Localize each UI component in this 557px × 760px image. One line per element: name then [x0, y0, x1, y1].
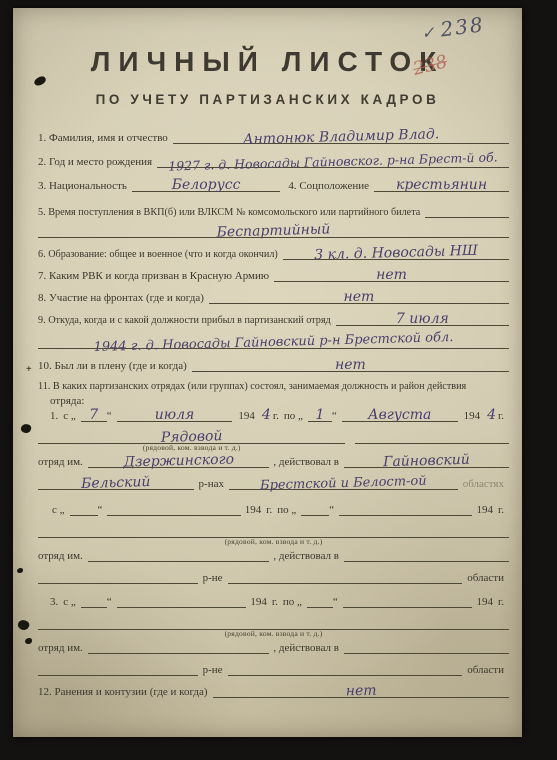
position-hint: (рядовой, ком. взвода и т. д.): [38, 444, 345, 452]
position-hint: (рядовой, ком. взвода и т. д.): [38, 630, 509, 638]
printed-text: “: [332, 411, 342, 422]
ruled-line: [344, 638, 509, 654]
field-label: 5. Время поступления в ВКП(б) или ВЛКСМ …: [38, 208, 425, 218]
ruled-line: Беспартийный: [38, 222, 509, 238]
ruled-line: 1927 г. д. Новосады Гайновског. р-на Бре…: [157, 152, 509, 168]
printed-text: , действовал в: [269, 457, 344, 468]
field-nationality-social: 3. Национальность Белорусс 4. Соцположен…: [38, 176, 509, 192]
printed-text: 194: [241, 505, 267, 516]
ink-blot: [17, 568, 23, 573]
printed-text: г.: [498, 411, 509, 422]
scanned-document: ✓238 ЛИЧНЫЙ ЛИСТОК 238 ПО УЧЕТУ ПАРТИЗАН…: [0, 0, 557, 760]
printed-text: г.: [498, 597, 509, 608]
printed-text: г.: [272, 597, 283, 608]
field-value: Белорусс: [132, 178, 280, 192]
ruled-line: [343, 592, 473, 608]
ruled-line: [425, 202, 509, 218]
form-subtitle: ПО УЧЕТУ ПАРТИЗАНСКИХ КАДРОВ: [13, 92, 522, 107]
printed-text: , действовал в: [269, 643, 344, 654]
entry-number: 3.: [38, 597, 63, 608]
ruled-line: крестьянин: [374, 176, 509, 192]
printed-text: отряд им.: [38, 551, 88, 562]
printed-text: “: [329, 505, 339, 516]
printed-text: 194: [246, 597, 272, 608]
field-value: нет: [192, 358, 509, 372]
printed-text: “: [107, 411, 117, 422]
printed-text: “: [333, 597, 343, 608]
printed-text: г.: [273, 411, 284, 422]
ruled-line: 7 июля: [336, 310, 509, 326]
title-text: ЛИЧНЫЙ ЛИСТОК: [91, 46, 445, 77]
ruled-line: Белорусс: [132, 176, 280, 192]
field-value: крестьянин: [374, 178, 509, 192]
printed-text: с „: [38, 505, 70, 516]
printed-text: , действовал в: [269, 551, 344, 562]
ruled-line: [38, 568, 198, 584]
entry-number: 1.: [38, 411, 63, 422]
field-value: Беспартийный: [38, 217, 509, 244]
ruled-line: нет: [192, 356, 509, 372]
field-label: 12. Ранения и контузии (где и когда): [38, 687, 213, 698]
field-value: 1927 г. д. Новосады Гайновског. р-на Бре…: [157, 151, 509, 173]
printed-text: “: [107, 597, 117, 608]
ruled-line: июля: [117, 406, 233, 422]
checkmark-icon: ✓: [420, 22, 436, 42]
ruled-line: нет: [213, 682, 509, 698]
pencil-archive-number: ✓238: [420, 12, 486, 44]
field-label: 7. Каким РВК и когда призван в Красную А…: [38, 271, 274, 282]
ruled-line: [88, 638, 270, 654]
form-page: ✓238 ЛИЧНЫЙ ЛИСТОК 238 ПО УЧЕТУ ПАРТИЗАН…: [13, 8, 522, 737]
ruled-line: [117, 592, 247, 608]
printed-text: 194: [472, 597, 498, 608]
field-value: Антонюк Владимир Влад.: [173, 125, 509, 148]
field-units-heading: 11. В каких партизанских отрядах (или гр…: [38, 376, 509, 392]
field-label: 9. Откуда, когда и с какой должности при…: [38, 316, 336, 326]
field-education: 6. Образование: общее и военное (что и к…: [38, 244, 509, 260]
printed-text: г.: [498, 505, 509, 516]
field-label: 2. Год и место рождения: [38, 157, 157, 168]
ruled-line: [81, 592, 107, 608]
printed-text: области: [462, 573, 509, 584]
printed-text: области: [462, 665, 509, 676]
field-value: нет: [274, 268, 509, 282]
ruled-line: нет: [209, 288, 509, 304]
ruled-line: Рядовой (рядовой, ком. взвода и т. д.): [38, 428, 345, 444]
printed-text: р-нах: [194, 479, 229, 490]
printed-text: р-не: [198, 665, 228, 676]
printed-text: областях: [458, 479, 509, 490]
ink-blot: [25, 638, 32, 644]
service-entry-3-dates: 3. с „ “ 194 г. по „ “ 194 г.: [38, 592, 509, 608]
field-rvk: 7. Каким РВК и когда призван в Красную А…: [38, 266, 509, 282]
service-entry-2-dates: с „ “ 194 г. по „ “ 194 г.: [38, 500, 509, 516]
printed-text: р-не: [198, 573, 228, 584]
printed-text: по „: [284, 411, 308, 422]
printed-text: 194: [472, 505, 498, 516]
ruled-line: Гайновский: [344, 452, 509, 468]
field-label: 4. Соцположение: [280, 181, 374, 192]
printed-text: “: [98, 505, 108, 516]
ruled-line: [339, 500, 472, 516]
service-entry-2-position: (рядовой, ком. взвода и т. д.): [38, 522, 509, 538]
field-label: 3. Национальность: [38, 181, 132, 192]
ruled-line: Августа: [342, 406, 458, 422]
printed-text: г.: [266, 505, 277, 516]
field-wounds: 12. Ранения и контузии (где и когда) нет: [38, 682, 509, 698]
region-names: Брестской и Белост-ой: [229, 474, 458, 493]
field-arrival: 9. Откуда, когда и с какой должности при…: [38, 310, 509, 326]
ruled-line: Бельский: [38, 474, 194, 490]
service-entry-2-unit: отряд им. , действовал в: [38, 546, 509, 562]
district-name: Бельский: [38, 474, 194, 492]
printed-text: отряд им.: [38, 457, 88, 468]
year-from-digit: 4: [262, 408, 271, 422]
unit-name: Дзержинского: [88, 451, 270, 470]
service-entry-3-position: (рядовой, ком. взвода и т. д.): [38, 614, 509, 630]
ink-blot: [20, 423, 32, 434]
ruled-line: Брестской и Белост-ой: [229, 474, 458, 490]
month-to: Августа: [342, 408, 458, 422]
field-value: 7 июля: [336, 312, 509, 326]
field-captivity: 10. Был ли в плену (где и когда) нет: [38, 356, 509, 372]
service-entry-1-position: Рядовой (рядовой, ком. взвода и т. д.): [38, 428, 509, 444]
field-value: нет: [212, 680, 509, 702]
field-units-heading2: отряда:: [38, 391, 509, 407]
field-arrival-line2: 1944 г. д. Новосады Гайновский р-н Брест…: [38, 333, 509, 349]
field-label: 10. Был ли в плену (где и когда): [38, 361, 192, 372]
service-entry-1-dates: 1. с „ 7 “ июля 194 4 г. по „ 1 “ Август…: [38, 406, 509, 422]
printed-text: отряд им.: [38, 643, 88, 654]
printed-text: по „: [283, 597, 307, 608]
printed-text: с „: [63, 597, 81, 608]
field-value: нет: [209, 290, 509, 304]
ruled-line: [228, 568, 463, 584]
ruled-line: (рядовой, ком. взвода и т. д.): [38, 522, 509, 538]
ruled-line: 7: [81, 406, 107, 422]
ruled-line: [228, 660, 463, 676]
field-party-value-line: Беспартийный: [38, 222, 509, 238]
ruled-line: [344, 546, 509, 562]
ruled-line: [355, 428, 509, 444]
ruled-line: 3 кл. д. Новосады НШ: [283, 244, 509, 260]
ruled-line: [307, 592, 333, 608]
printed-text: 194: [458, 411, 486, 422]
field-value: 1944 г. д. Новосады Гайновский р-н Брест…: [38, 329, 509, 355]
service-entry-1-unit: отряд им. Дзержинского , действовал в Га…: [38, 452, 509, 468]
area-name: Гайновский: [344, 452, 509, 471]
position-hint: (рядовой, ком. взвода и т. д.): [38, 538, 509, 546]
field-label: 6. Образование: общее и военное (что и к…: [38, 250, 283, 260]
service-entry-3-area: р-не области: [38, 660, 509, 676]
field-label: 1. Фамилия, имя и отчество: [38, 133, 173, 144]
ruled-line: [88, 546, 270, 562]
ink-cross-mark: +: [26, 364, 32, 375]
service-entry-2-area: р-не области: [38, 568, 509, 584]
ruled-line: (рядовой, ком. взвода и т. д.): [38, 614, 509, 630]
ruled-line: 1: [308, 406, 332, 422]
day-to: 1: [308, 408, 332, 422]
ruled-line: [107, 500, 240, 516]
year-to-digit: 4: [487, 408, 496, 422]
ruled-line: [70, 500, 98, 516]
field-birth: 2. Год и место рождения 1927 г. д. Новос…: [38, 152, 509, 168]
printed-text: по „: [277, 505, 301, 516]
service-entry-1-area: Бельский р-нах Брестской и Белост-ой обл…: [38, 474, 509, 490]
ruled-line: 1944 г. д. Новосады Гайновский р-н Брест…: [38, 333, 509, 349]
field-value: 3 кл. д. Новосады НШ: [283, 243, 509, 263]
month-from: июля: [117, 408, 233, 422]
ruled-line: Антонюк Владимир Влад.: [173, 128, 509, 144]
printed-text: с „: [63, 411, 81, 422]
field-label: 8. Участие на фронтах (где и когда): [38, 293, 209, 304]
day-from: 7: [81, 408, 107, 422]
field-party: 5. Время поступления в ВКП(б) или ВЛКСМ …: [38, 202, 509, 218]
printed-text: 194: [232, 411, 260, 422]
service-entry-3-unit: отряд им. , действовал в: [38, 638, 509, 654]
field-fronts: 8. Участие на фронтах (где и когда) нет: [38, 288, 509, 304]
field-surname: 1. Фамилия, имя и отчество Антонюк Влади…: [38, 128, 509, 144]
ruled-line: Дзержинского: [88, 452, 270, 468]
ink-blot: [16, 618, 31, 632]
pencil-number: 238: [439, 12, 486, 41]
ruled-line: [38, 660, 198, 676]
ruled-line: [301, 500, 329, 516]
ruled-line: нет: [274, 266, 509, 282]
